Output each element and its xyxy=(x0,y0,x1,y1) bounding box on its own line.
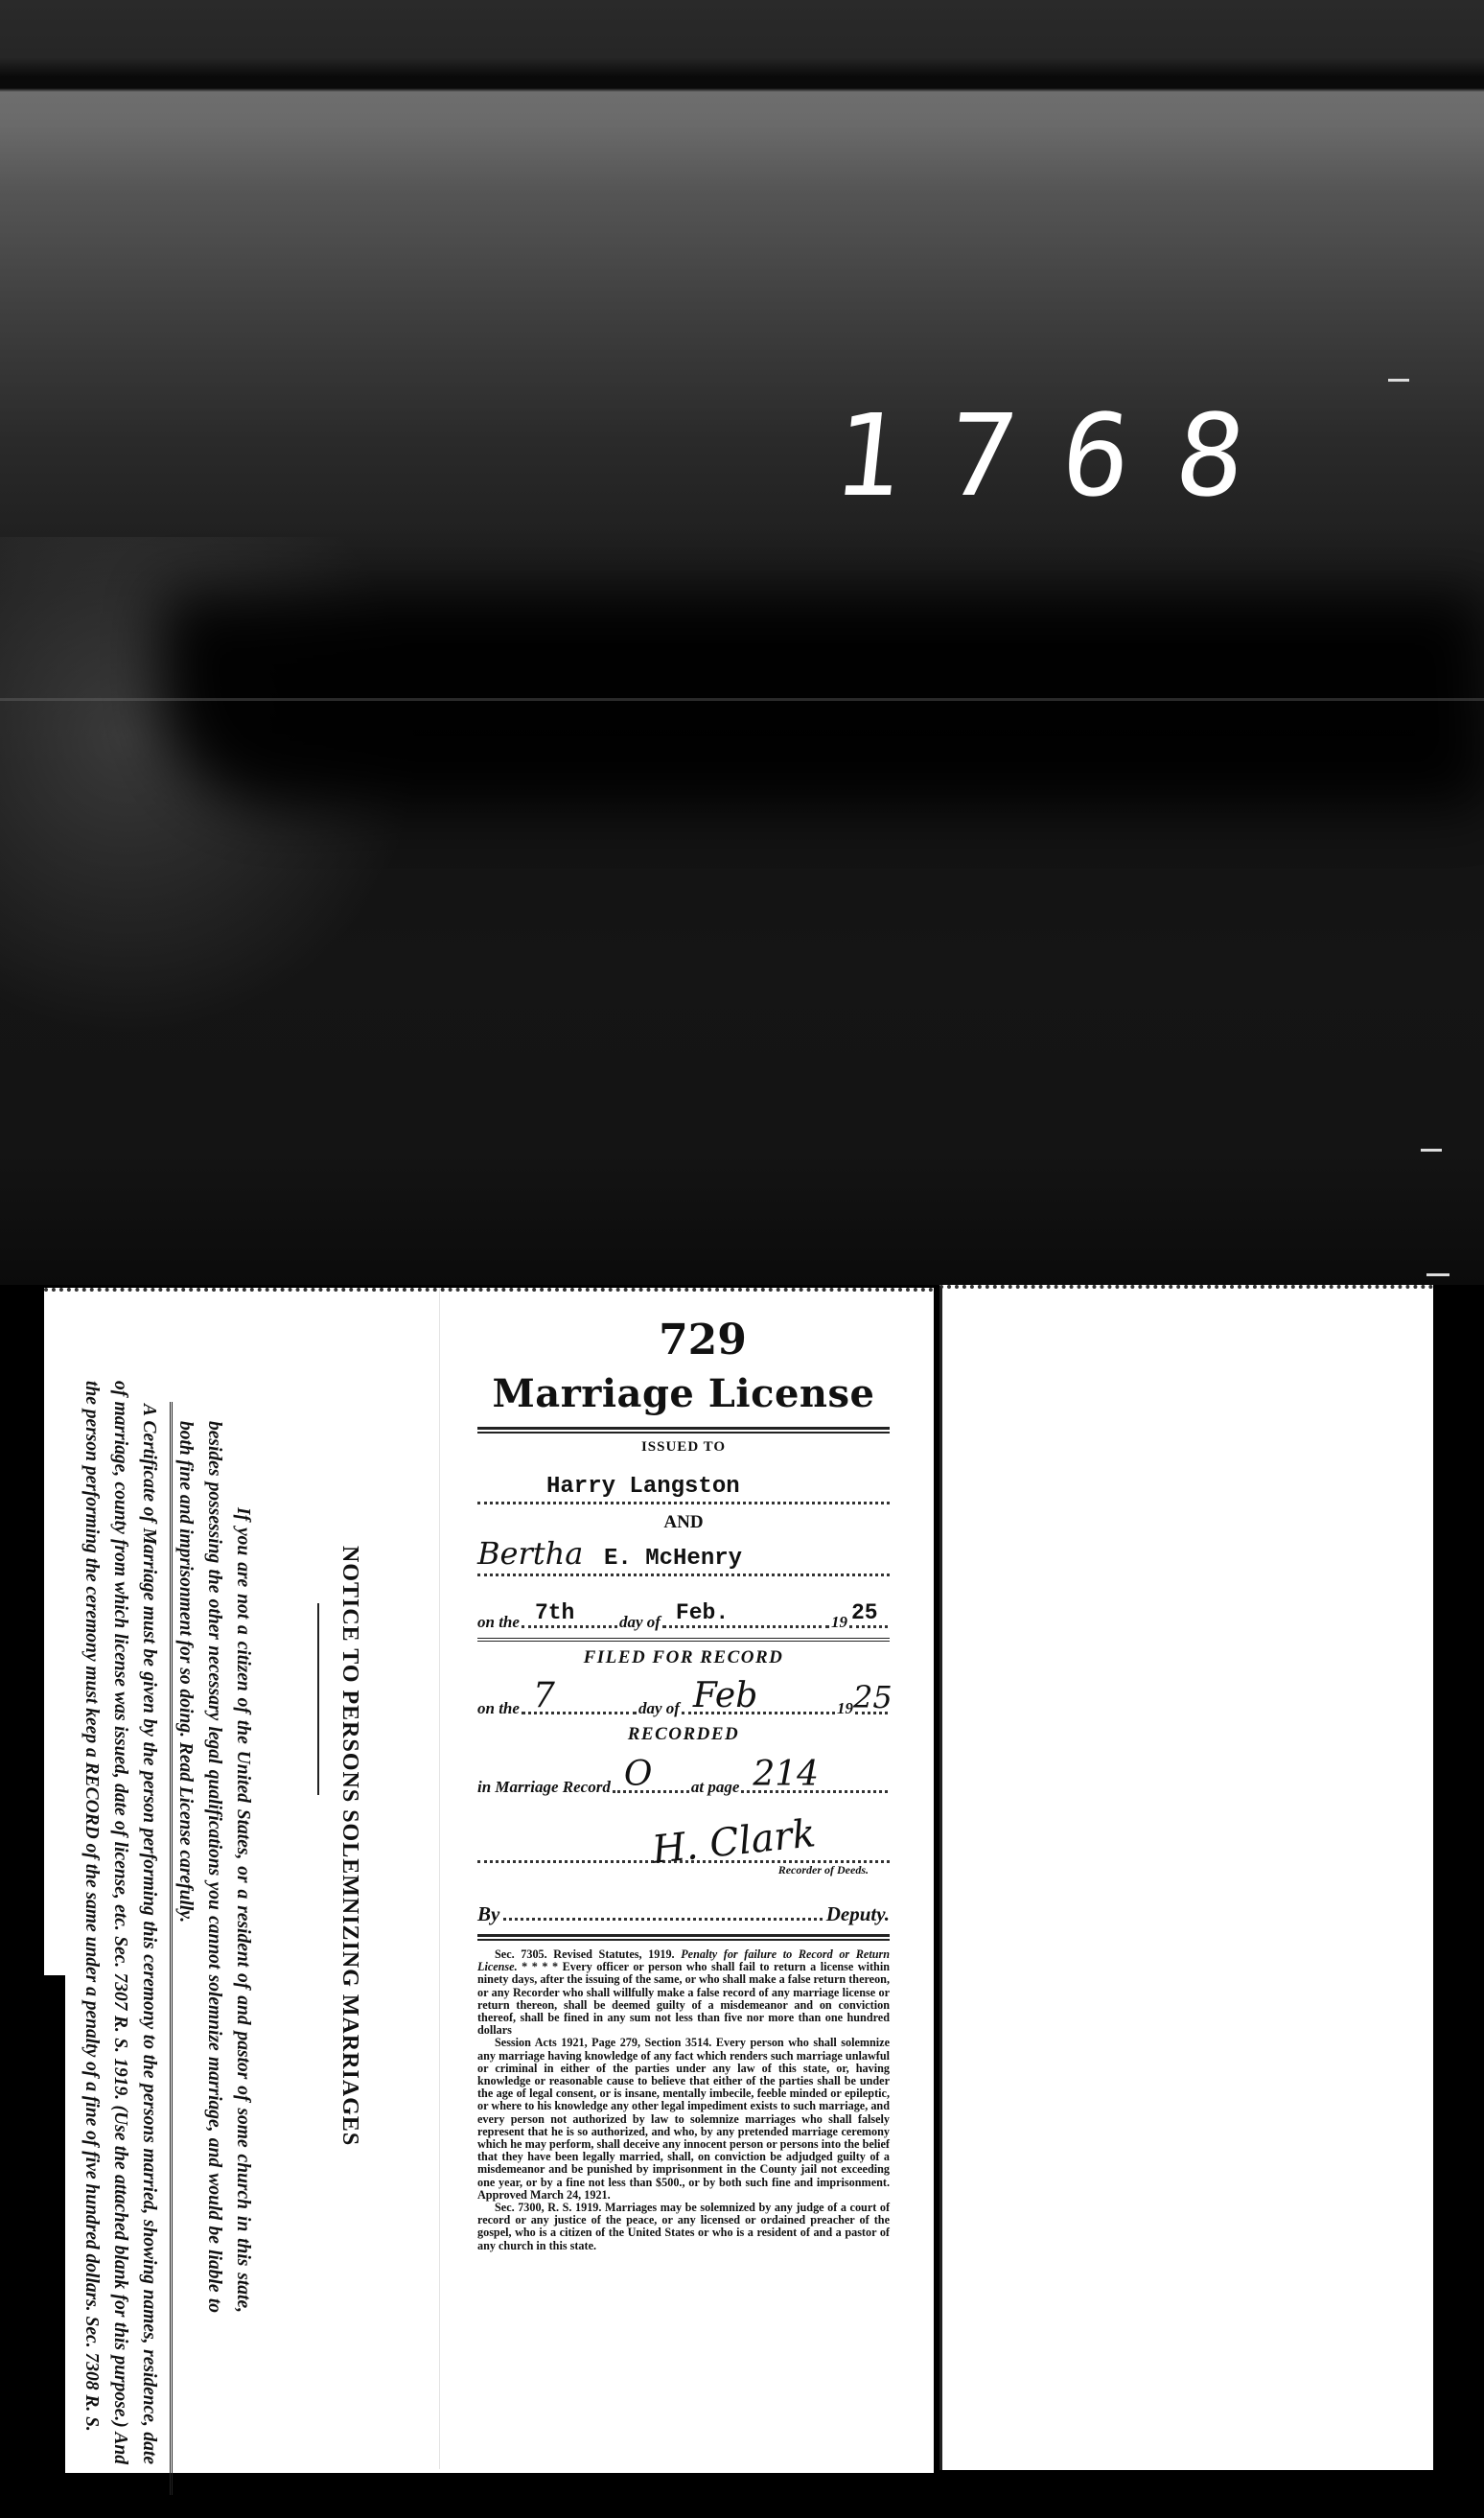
issued-to-label: ISSUED TO xyxy=(477,1439,890,1456)
statute-paragraph: Session Acts 1921, Page 279, Section 351… xyxy=(477,2037,890,2202)
title-rule xyxy=(477,1427,890,1434)
filed-for-record-heading: FILED FOR RECORD xyxy=(477,1647,890,1668)
deputy-row: By Deputy. xyxy=(477,1902,890,1926)
frame-number: 1768 xyxy=(828,398,1215,513)
statute-rule xyxy=(477,1934,890,1941)
sheet-fold xyxy=(439,1288,440,2469)
notice-paragraph: If you are not a citizen of the United S… xyxy=(171,1421,257,2313)
film-edge-mark xyxy=(1388,379,1409,382)
issue-date-row: on the 7th day of Feb. 19 25 xyxy=(477,1597,890,1632)
notice-double-rule xyxy=(170,1402,173,2495)
notice-panel: NOTICE TO PERSONS SOLEMNIZING MARRIAGES … xyxy=(46,1546,362,2505)
recorded-row: in Marriage Record O at page 214 xyxy=(477,1749,890,1797)
statute-paragraph: Sec. 7305. Revised Statutes, 1919. Penal… xyxy=(477,1948,890,2037)
recorded-heading: RECORDED xyxy=(477,1724,890,1745)
statute-paragraph: Sec. 7300, R. S. 1919. Marriages may be … xyxy=(477,2202,890,2252)
bride-first-name: Bertha xyxy=(477,1535,583,1572)
issue-year: 25 xyxy=(851,1600,878,1625)
groom-name: Harry Langston xyxy=(546,1474,740,1500)
license-title: Marriage License xyxy=(477,1367,890,1421)
statute-text: Sec. 7305. Revised Statutes, 1919. Penal… xyxy=(477,1948,890,2252)
and-label: AND xyxy=(477,1512,890,1533)
blank-attached-sheet xyxy=(939,1285,1433,2470)
record-page: 214 xyxy=(753,1755,819,1794)
notice-divider xyxy=(317,1603,319,1795)
notice-paragraph: A Certificate of Marriage must be given … xyxy=(77,1381,163,2464)
marriage-license: 729 Marriage License ISSUED TO Harry Lan… xyxy=(477,1314,890,2252)
issue-month: Feb. xyxy=(676,1600,729,1625)
record-book: O xyxy=(624,1755,653,1794)
issue-day: 7th xyxy=(535,1600,574,1625)
bride-name-field: Bertha E. McHenry xyxy=(477,1541,890,1576)
filed-day: 7 xyxy=(533,1676,555,1715)
groom-name-field: Harry Langston xyxy=(477,1469,890,1504)
notice-title: NOTICE TO PERSONS SOLEMNIZING MARRIAGES xyxy=(336,1546,362,2505)
filed-month: Feb xyxy=(693,1676,757,1715)
filed-date-row: on the 7 day of Feb 19 25 xyxy=(477,1672,890,1718)
film-edge-mark xyxy=(1421,1149,1442,1152)
film-edge-mark xyxy=(1426,1273,1449,1276)
film-scratch-line xyxy=(0,698,1484,701)
filed-year: 25 xyxy=(853,1679,893,1715)
license-number: 729 xyxy=(516,1314,890,1367)
bride-surname: E. McHenry xyxy=(604,1546,742,1572)
section-rule xyxy=(477,1638,890,1642)
